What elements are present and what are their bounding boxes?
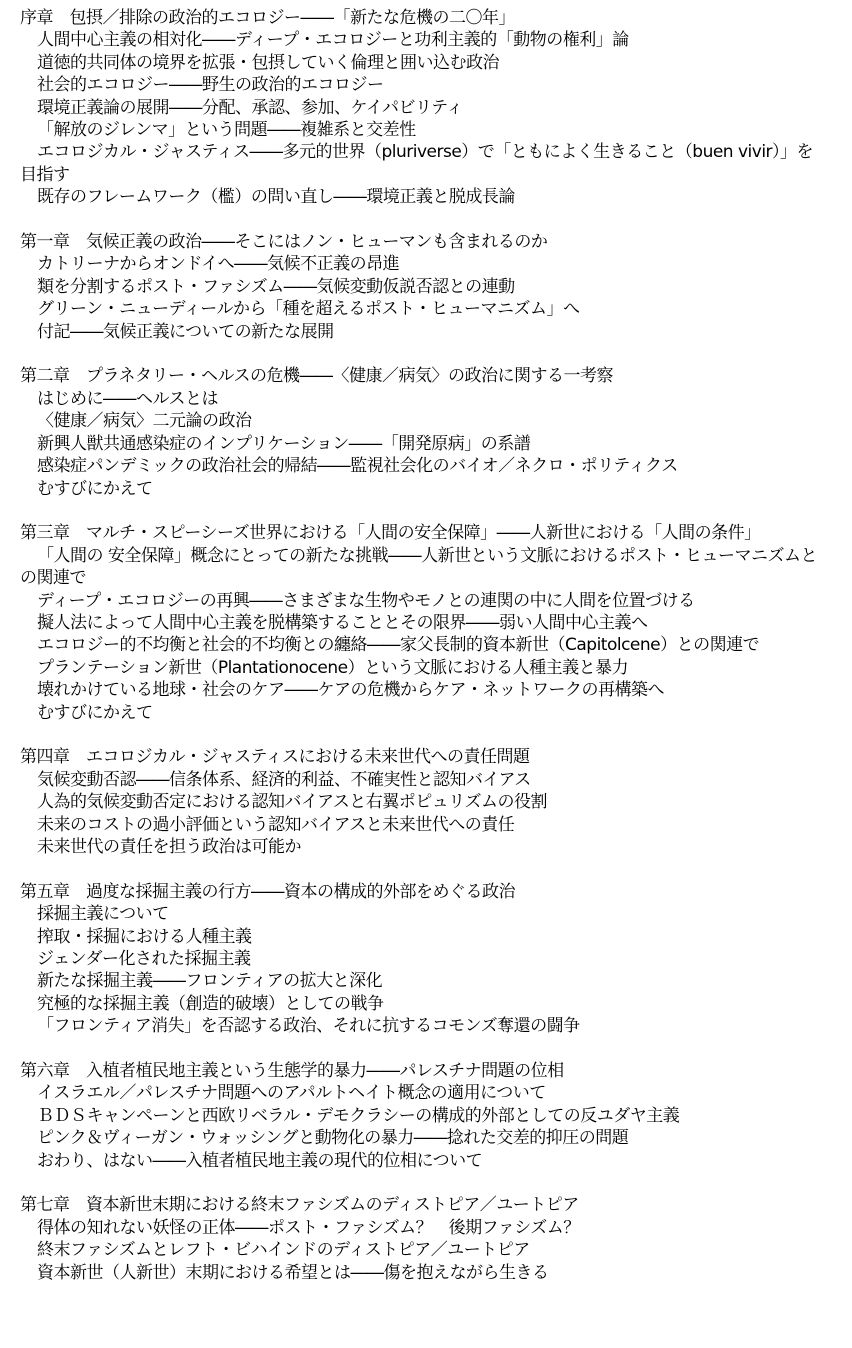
chapter-prologue: 序章 包摂／排除の政治的エコロジー――「新たな危機の二〇年」 人間中心主義の相対… — [20, 7, 826, 209]
section-item: 「フロンティア消失」を否認する政治、それに抗するコモンズ奪還の闘争 — [20, 1015, 826, 1037]
section-item: 採掘主義について — [20, 903, 826, 925]
chapter-6: 第六章 入植者植民地主義という生態学的暴力――パレスチナ問題の位相 イスラエル／… — [20, 1060, 826, 1172]
chapter-4: 第四章 エコロジカル・ジャスティスにおける未来世代への責任問題 気候変動否認――… — [20, 746, 826, 858]
section-item: 人為的気候変動否定における認知バイアスと右翼ポピュリズムの役割 — [20, 791, 826, 813]
chapter-title: 第一章 気候正義の政治――そこにはノン・ヒューマンも含まれるのか — [20, 231, 826, 253]
section-item: 終末ファシズムとレフト・ビハインドのディストピア／ユートピア — [20, 1239, 826, 1261]
section-item: 環境正義論の展開――分配、承認、参加、ケイパビリティ — [20, 97, 826, 119]
chapter-7: 第七章 資本新世末期における終末ファシズムのディストピア／ユートピア 得体の知れ… — [20, 1194, 826, 1284]
section-item: 新たな採掘主義――フロンティアの拡大と深化 — [20, 970, 826, 992]
section-item: 気候変動否認――信条体系、経済的利益、不確実性と認知バイアス — [20, 769, 826, 791]
section-item: 〈健康／病気〉二元論の政治 — [20, 410, 826, 432]
chapter-title: 第二章 プラネタリー・ヘルスの危機――〈健康／病気〉の政治に関する一考察 — [20, 365, 826, 387]
section-item: はじめに――ヘルスとは — [20, 388, 826, 410]
section-item: 類を分割するポスト・ファシズム――気候変動仮説否認との連動 — [20, 276, 826, 298]
section-item: ジェンダー化された採掘主義 — [20, 948, 826, 970]
section-item: プランテーション新世（Plantationocene）という文脈における人種主義… — [20, 657, 826, 679]
section-item: 社会的エコロジー――野生の政治的エコロジー — [20, 74, 826, 96]
chapter-title: 第四章 エコロジカル・ジャスティスにおける未来世代への責任問題 — [20, 746, 826, 768]
chapter-title: 第六章 入植者植民地主義という生態学的暴力――パレスチナ問題の位相 — [20, 1060, 826, 1082]
section-item: ＢＤＳキャンペーンと西欧リベラル・デモクラシーの構成的外部としての反ユダヤ主義 — [20, 1105, 826, 1127]
chapter-title: 第五章 過度な採掘主義の行方――資本の構成的外部をめぐる政治 — [20, 881, 826, 903]
section-item: ピンク＆ヴィーガン・ウォッシングと動物化の暴力――捻れた交差的抑圧の問題 — [20, 1127, 826, 1149]
section-item: むすびにかえて — [20, 702, 826, 724]
chapter-title: 第七章 資本新世末期における終末ファシズムのディストピア／ユートピア — [20, 1194, 826, 1216]
section-item: 人間中心主義の相対化――ディープ・エコロジーと功利主義的「動物の権利」論 — [20, 29, 826, 51]
chapter-1: 第一章 気候正義の政治――そこにはノン・ヒューマンも含まれるのか カトリーナから… — [20, 231, 826, 343]
table-of-contents: 序章 包摂／排除の政治的エコロジー――「新たな危機の二〇年」 人間中心主義の相対… — [20, 7, 826, 1306]
section-item: 究極的な採掘主義（創造的破壊）としての戦争 — [20, 993, 826, 1015]
section-item: 既存のフレームワーク（檻）の問い直し――環境正義と脱成長論 — [20, 186, 826, 208]
section-item: 搾取・採掘における人種主義 — [20, 926, 826, 948]
section-item: カトリーナからオンドイへ――気候不正義の昂進 — [20, 253, 826, 275]
section-item: 未来のコストの過小評価という認知バイアスと未来世代への責任 — [20, 814, 826, 836]
section-item: 未来世代の責任を担う政治は可能か — [20, 836, 826, 858]
section-item: むすびにかえて — [20, 478, 826, 500]
section-item: エコロジカル・ジャスティス――多元的世界（pluriverse）で「ともによく生… — [20, 141, 826, 186]
chapter-5: 第五章 過度な採掘主義の行方――資本の構成的外部をめぐる政治 採掘主義について … — [20, 881, 826, 1038]
section-item: 擬人法によって人間中心主義を脱構築することとその限界――弱い人間中心主義へ — [20, 612, 826, 634]
chapter-title: 序章 包摂／排除の政治的エコロジー――「新たな危機の二〇年」 — [20, 7, 826, 29]
section-item: ディープ・エコロジーの再興――さまざまな生物やモノとの連関の中に人間を位置づける — [20, 590, 826, 612]
section-item: 感染症パンデミックの政治社会的帰結――監視社会化のバイオ／ネクロ・ポリティクス — [20, 455, 826, 477]
chapter-title: 第三章 マルチ・スピーシーズ世界における「人間の安全保障」――人新世における「人… — [20, 522, 826, 544]
section-item: おわり、はない――入植者植民地主義の現代的位相について — [20, 1150, 826, 1172]
chapter-2: 第二章 プラネタリー・ヘルスの危機――〈健康／病気〉の政治に関する一考察 はじめ… — [20, 365, 826, 499]
chapter-3: 第三章 マルチ・スピーシーズ世界における「人間の安全保障」――人新世における「人… — [20, 522, 826, 724]
section-item: 付記――気候正義についての新たな展開 — [20, 321, 826, 343]
section-item: 道徳的共同体の境界を拡張・包摂していく倫理と囲い込む政治 — [20, 52, 826, 74]
section-item: エコロジー的不均衡と社会的不均衡との纏絡――家父長制的資本新世（Capitolc… — [20, 634, 826, 656]
section-item: 「人間の 安全保障」概念にとっての新たな挑戦――人新世という文脈におけるポスト・… — [20, 545, 826, 590]
section-item: 壊れかけている地球・社会のケア――ケアの危機からケア・ネットワークの再構築へ — [20, 679, 826, 701]
section-item: イスラエル／パレスチナ問題へのアパルトヘイト概念の適用について — [20, 1082, 826, 1104]
section-item: 「解放のジレンマ」という問題――複雑系と交差性 — [20, 119, 826, 141]
section-item: 資本新世（人新世）末期における希望とは――傷を抱えながら生きる — [20, 1262, 826, 1284]
section-item: グリーン・ニューディールから「種を超えるポスト・ヒューマニズム」へ — [20, 298, 826, 320]
section-item: 得体の知れない妖怪の正体――ポスト・ファシズム？ 後期ファシズム？ — [20, 1217, 826, 1239]
section-item: 新興人獣共通感染症のインプリケーション――「開発原病」の系譜 — [20, 433, 826, 455]
